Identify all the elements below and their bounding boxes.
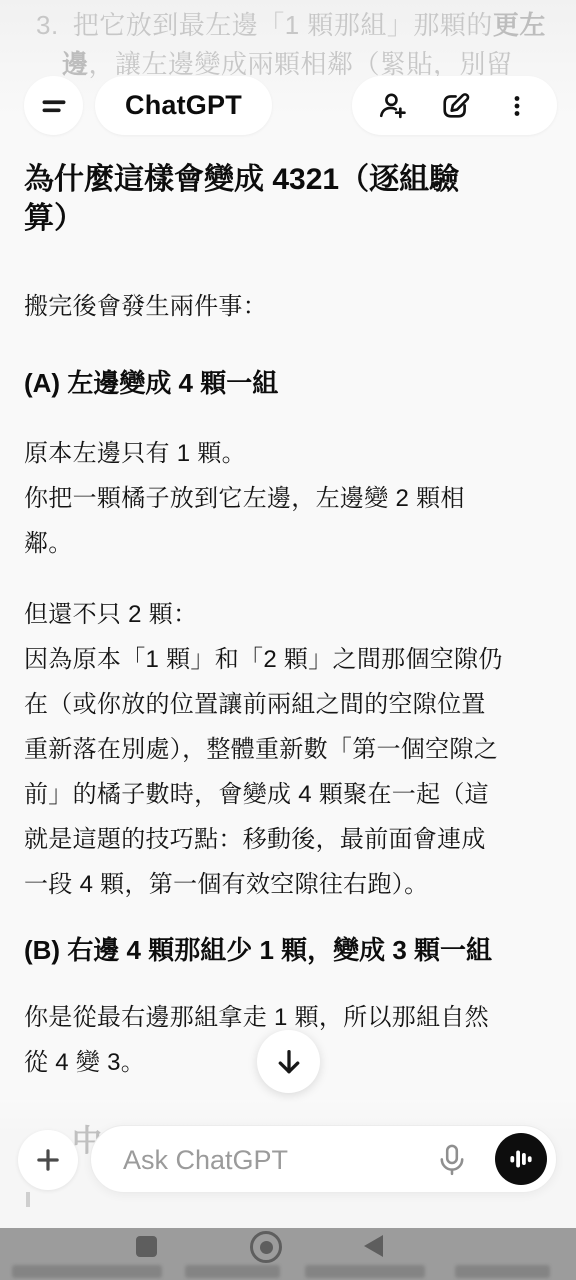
ghost-smudge <box>12 1265 162 1278</box>
person-add-icon <box>376 90 408 122</box>
ghost-smudge <box>185 1265 280 1278</box>
attach-button[interactable] <box>18 1130 78 1190</box>
message-title: 為什麼這樣會變成 4321（逐組驗 算） <box>24 160 554 238</box>
section-a-paragraph-1: 原本左邊只有 1 顆。 你把一顆橘子放到它左邊，左邊變 2 顆相 鄰。 <box>24 431 554 566</box>
ghost-list-line-1: 3.把它放到最左邊「1 顆那組」那顆的更左 <box>36 6 546 45</box>
compose-icon <box>439 90 471 122</box>
section-b-heading: (B) 右邊 4 顆那組少 1 顆，變成 3 顆一組 <box>24 933 554 967</box>
ghost-smudge <box>455 1265 550 1278</box>
section-a-paragraph-2: 但還不只 2 顆： 因為原本「1 顆」和「2 顆」之間那個空隙仍 在（或你放的位… <box>24 592 554 907</box>
add-people-button[interactable] <box>370 81 414 131</box>
header-actions <box>352 76 557 135</box>
ghost-line1-bold: 更左 <box>493 10 546 40</box>
new-chat-button[interactable] <box>433 81 477 131</box>
chatgpt-mobile-screen: 3.把它放到最左邊「1 顆那組」那顆的更左 邊，讓左邊變成兩顆相鄰（緊貼，別留 … <box>0 0 576 1280</box>
ghost-line1-text: 把它放到最左邊「1 顆那組」那顆的 <box>73 10 493 40</box>
home-button[interactable] <box>250 1231 282 1263</box>
microphone-icon <box>434 1141 470 1179</box>
recents-button[interactable] <box>136 1236 157 1257</box>
menu-button[interactable] <box>24 76 83 135</box>
ghost-content-stroke <box>26 1192 30 1207</box>
arrow-down-icon <box>272 1045 306 1079</box>
message-intro: 搬完後會發生兩件事： <box>24 284 554 329</box>
plus-icon <box>33 1145 63 1175</box>
ghost-line2-text: ，讓左邊變成兩顆相鄰（緊貼，別留 <box>89 49 513 79</box>
section-a-heading: (A) 左邊變成 4 顆一組 <box>24 366 554 400</box>
chat-input-bar[interactable] <box>90 1125 557 1193</box>
ghost-line2-bold: 邊 <box>62 49 89 79</box>
chat-input[interactable] <box>121 1126 405 1194</box>
ghost-smudge <box>305 1265 425 1278</box>
assistant-message: 為什麼這樣會變成 4321（逐組驗 算） 搬完後會發生兩件事： (A) 左邊變成… <box>24 160 554 1085</box>
kebab-menu-icon <box>503 92 531 120</box>
voice-mode-button[interactable] <box>495 1133 547 1185</box>
waveform-icon <box>507 1145 535 1173</box>
scroll-to-bottom-button[interactable] <box>257 1030 320 1093</box>
back-button[interactable] <box>364 1235 383 1257</box>
ghost-list-number: 3. <box>36 10 59 40</box>
dictate-button[interactable] <box>433 1140 471 1180</box>
home-icon <box>260 1241 273 1254</box>
hamburger-icon <box>39 91 69 121</box>
app-title: ChatGPT <box>125 90 242 121</box>
android-navbar <box>0 1228 576 1280</box>
app-title-pill[interactable]: ChatGPT <box>95 76 272 135</box>
more-options-button[interactable] <box>495 81 539 131</box>
